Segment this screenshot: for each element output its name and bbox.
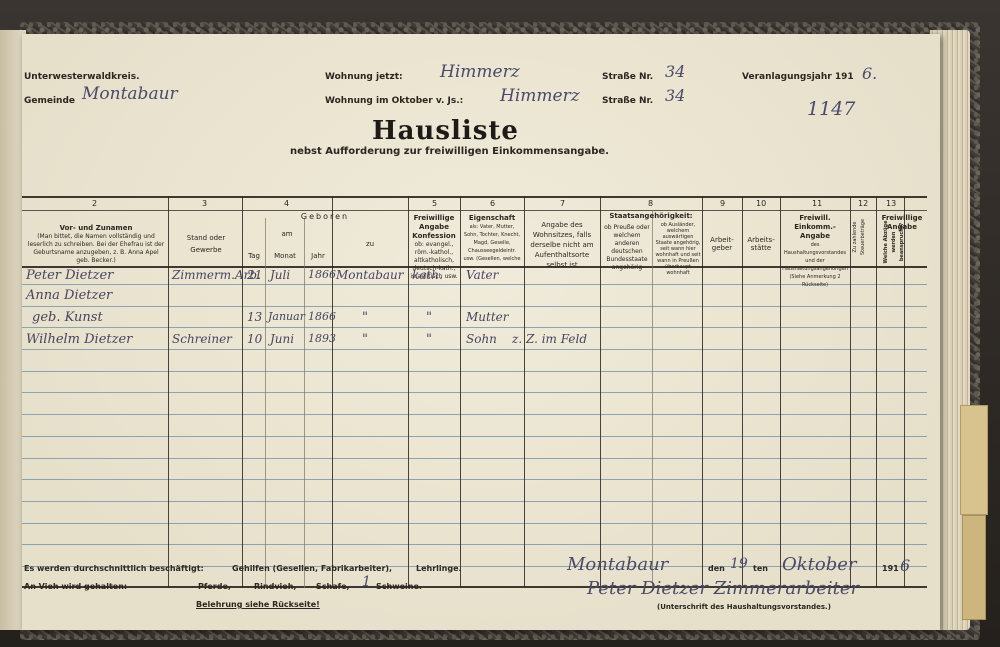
colnum-9: 9 [720,199,725,208]
footer-day: 19 [730,556,748,572]
header-zu: zu [334,240,406,248]
cell-name: geb. Kunst [32,310,103,325]
footer-rindvieh: Rindvieh, [254,582,296,591]
colnum-4: 4 [284,199,289,208]
header-jahr: Jahr [305,252,331,260]
colnum-6: 6 [490,199,495,208]
cell-wohnsitz: z. Z. im Feld [512,332,587,346]
table-top-border [22,196,927,198]
index-tab [960,405,988,515]
strasse-label-1: Straße Nr. [602,72,653,82]
colnum-8: 8 [648,199,653,208]
footer-schafe: Schafe, [316,582,350,591]
header-col12: Zu zahlende Steuerbeträge [851,212,867,262]
veranlagungsjahr-value: 6. [862,64,877,83]
footer-lehrlinge: Lehrlinge. [416,564,462,573]
cell-tag: 13 [247,310,262,324]
footer-schweine: Schweine. [376,582,422,591]
header-arbeitsstaette: Arbeits-stätte [744,236,778,252]
gemeinde-value: Montabaur [82,84,178,104]
header-staat-preusse: ob Preuße oder welchem anderen deutschen… [602,224,652,272]
footer-place: Montabaur [567,554,668,575]
colnum-10: 10 [756,199,766,208]
cell-eigenschaft: Mutter [466,310,509,324]
wohnung-oktober-label: Wohnung im Oktober v. Js.: [325,96,463,106]
header-name: Vor- und Zunamen (Man bittet, die Namen … [26,224,166,265]
cell-konfession: kath. [412,268,443,282]
footer-signature: Peter Dietzer Zimmerarbeiter [587,578,859,599]
cell-eigenschaft: Sohn [466,332,497,346]
cell-monat: Juni [270,332,294,346]
colnum-11: 11 [812,199,822,208]
header-tag: Tag [244,252,264,260]
footer-belehrung: Belehrung siehe Rückseite! [196,600,320,609]
cell-jahr: 1893 [308,332,336,345]
strasse-value-2: 34 [665,86,685,105]
cell-stand: Schreiner [172,332,232,346]
footer-year-suffix: 6 [900,556,910,575]
footer-vieh-label: An Vieh wird gehalten: [24,582,127,591]
colnum-12: 12 [858,199,868,208]
cell-ort: Montabaur [336,268,404,282]
header-wohnsitz: Angabe des Wohnsitzes, falls derselbe ni… [526,220,598,270]
wohnung-jetzt-label: Wohnung jetzt: [325,72,403,82]
header-col13-note: Welche Abzüge werden beansprucht? [882,220,906,264]
header-staatsangehoerigkeit: Staatsangehörigkeit: [602,212,700,221]
cell-jahr: 1866 [308,310,336,323]
cell-tag: 10 [247,332,262,346]
header-einkommen: Freiwill. Einkomm.-Angabe des Haushaltun… [782,214,848,289]
footer-month: Oktober [782,554,857,575]
header-am: am [244,230,330,238]
list-number: 1147 [807,98,855,120]
cell-monat: Januar [268,310,305,323]
cell-konfession: " [426,310,432,325]
cell-name: Peter Dietzer [26,268,113,283]
footer-employees-label: Es werden durchschnittlich beschäftigt: [24,564,204,573]
strasse-value-1: 34 [665,62,685,81]
colnum-2: 2 [92,199,97,208]
wohnung-jetzt-value: Himmerz [440,62,520,82]
gemeinde-label: Gemeinde [24,96,75,106]
colnum-5: 5 [432,199,437,208]
cell-konfession: " [426,332,432,347]
hausliste-page: Unterwesterwaldkreis. Wohnung jetzt: Him… [22,34,940,630]
household-table: 2 3 4 5 6 7 8 9 10 11 12 13 Vor- und Zun… [22,196,940,590]
footer-signature-caption: (Unterschrift des Haushaltungsvorstandes… [657,603,831,611]
index-tab-lower [962,515,986,620]
wohnung-oktober-value: Himmerz [500,86,580,106]
header-monat: Monat [266,252,304,260]
footer-schweine-count: 1 [362,574,371,590]
header-stand: Stand oder Gewerbe [172,232,240,256]
colnum-7: 7 [560,199,565,208]
header-geboren: Geboren [244,213,406,221]
cell-tag: 21 [247,268,262,282]
cell-ort: " [362,310,368,325]
cell-name: Wilhelm Dietzer [26,332,132,347]
strasse-label-2: Straße Nr. [602,96,653,106]
veranlagungsjahr-label: Veranlagungsjahr 191 [742,72,854,82]
header-arbeitgeber: Arbeit-geber [704,236,740,252]
district-label: Unterwesterwaldkreis. [24,72,139,82]
cell-eigenschaft: Vater [466,268,498,282]
footer-year-prefix: 191 [882,564,899,573]
colnum-13: 13 [886,199,896,208]
colnum-3: 3 [202,199,207,208]
page-title: Hausliste [372,116,519,146]
footer-ten: ten [753,564,768,573]
cell-monat: Juli [270,268,290,282]
footer-pferde: Pferde, [198,582,231,591]
colnum-divider [22,210,927,211]
cell-jahr: 1866 [308,268,336,281]
cell-name: Anna Dietzer [26,288,112,303]
footer-den: den [708,564,725,573]
header-eigenschaft: Eigenschaft als: Vater, Mutter, Sohn, To… [462,214,522,264]
cell-ort: " [362,332,368,347]
footer-gehilfen: Gehilfen (Gesellen, Fabrikarbeiter), [232,564,392,573]
header-staat-auslaender: ob Ausländer, welchem auswärtigen Staate… [654,222,702,276]
page-subtitle: nebst Aufforderung zur freiwilligen Eink… [290,146,609,157]
